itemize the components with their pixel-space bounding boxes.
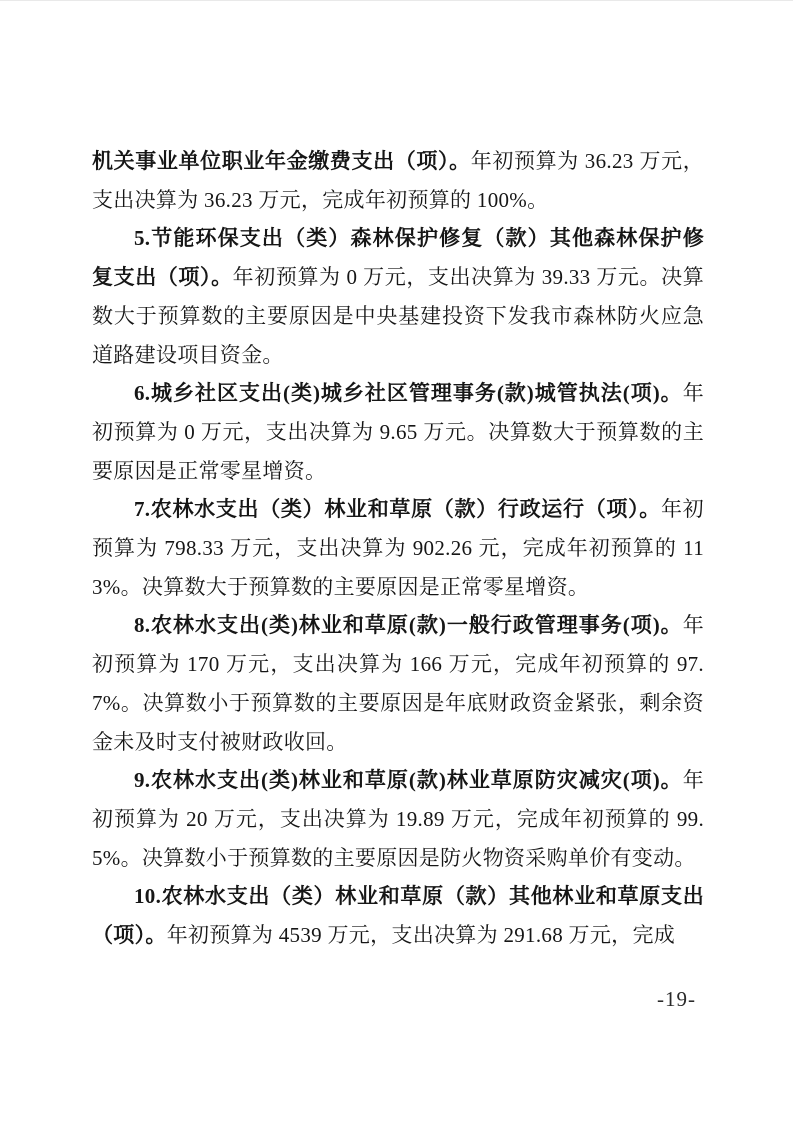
paragraph-item10: 10.农林水支出（类）林业和草原（款）其他林业和草原支出（项）。年初预算为 45… (92, 877, 704, 954)
paragraph-item4-continuation: 机关事业单位职业年金缴费支出（项）。年初预算为 36.23 万元，支出决算为 3… (92, 142, 704, 219)
paragraph-item8: 8.农林水支出(类)林业和草原(款)一般行政管理事务(项)。年初预算为 170 … (92, 606, 704, 761)
item-heading: 机关事业单位职业年金缴费支出（项）。 (92, 149, 471, 173)
item-heading: 8.农林水支出(类)林业和草原(款)一般行政管理事务(项)。 (134, 613, 683, 637)
item-heading: 6.城乡社区支出(类)城乡社区管理事务(款)城管执法(项)。 (134, 381, 683, 405)
paragraph-item5: 5.节能环保支出（类）森林保护修复（款）其他森林保护修复支出（项）。年初预算为 … (92, 219, 704, 374)
document-page: 机关事业单位职业年金缴费支出（项）。年初预算为 36.23 万元，支出决算为 3… (0, 0, 793, 1122)
paragraph-item7: 7.农林水支出（类）林业和草原（款）行政运行（项）。年初预算为 798.33 万… (92, 490, 704, 606)
paragraph-item6: 6.城乡社区支出(类)城乡社区管理事务(款)城管执法(项)。年初预算为 0 万元… (92, 374, 704, 490)
item-body: 年初预算为 4539 万元，支出决算为 291.68 万元，完成 (167, 923, 675, 947)
item-heading: 9.农林水支出(类)林业和草原(款)林业草原防灾减灾(项)。 (134, 768, 683, 792)
document-body: 机关事业单位职业年金缴费支出（项）。年初预算为 36.23 万元，支出决算为 3… (92, 142, 704, 955)
paragraph-item9: 9.农林水支出(类)林业和草原(款)林业草原防灾减灾(项)。年初预算为 20 万… (92, 761, 704, 877)
page-number: -19- (657, 987, 696, 1012)
item-heading: 7.农林水支出（类）林业和草原（款）行政运行（项）。 (134, 497, 661, 521)
